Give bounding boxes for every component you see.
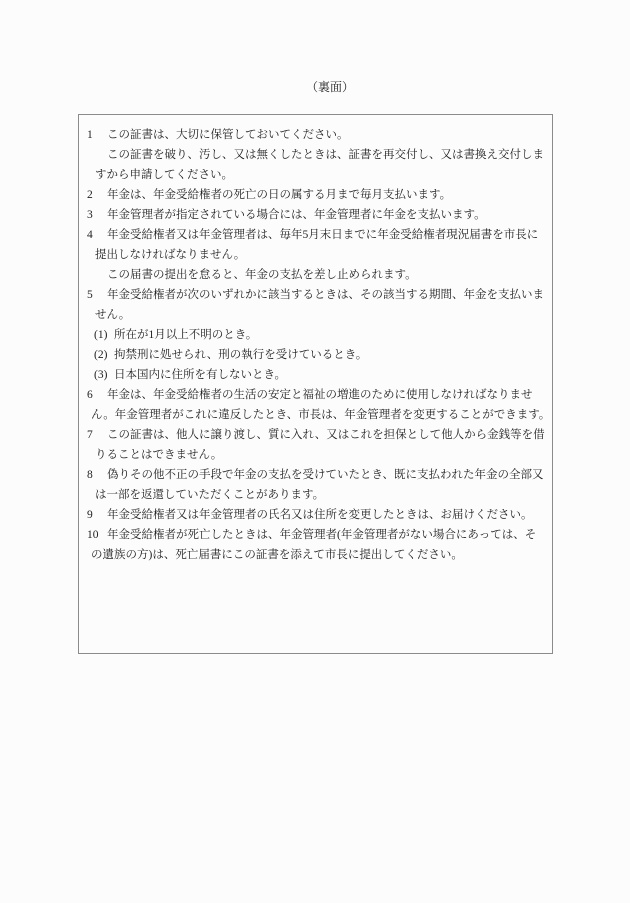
- notice-line: 5年金受給権者が次のいずれかに該当するときは、その該当する期間、年金を支払いま: [79, 285, 552, 305]
- notice-line-continuation: 提出しなければなりません。: [79, 245, 552, 265]
- notice-line: (2)拘禁刑に処せられ、刑の執行を受けているとき。: [79, 345, 552, 365]
- page-title: （裏面）: [306, 80, 354, 94]
- line-text: 所在が1月以上不明のとき。: [114, 329, 257, 341]
- line-text: この届書の提出を怠ると、年金の支払を差し止められます。: [107, 269, 417, 281]
- line-text: この証書は、大切に保管しておいてください。: [107, 129, 349, 141]
- notice-line-continuation: りることはできません。: [79, 445, 552, 465]
- line-text: 年金受給権者が死亡したときは、年金管理者(年金管理者がない場合にあっては、そ: [107, 529, 536, 541]
- item-number: 3: [87, 205, 107, 225]
- line-text: の遺族の方)は、死亡届書にこの証書を添えて市長に提出してください。: [91, 549, 463, 561]
- line-text: ん。年金管理者がこれに違反したとき、市長は、年金管理者を変更することができます。: [91, 409, 550, 421]
- notice-line-continuation: の遺族の方)は、死亡届書にこの証書を添えて市長に提出してください。: [79, 545, 552, 565]
- item-number: 2: [87, 185, 107, 205]
- line-text: この証書は、他人に譲り渡し、質に入れ、又はこれを担保として他人から金銭等を借: [107, 429, 545, 441]
- line-text: 提出しなければなりません。: [95, 249, 245, 261]
- notice-line: 3年金管理者が指定されている場合には、年金管理者に年金を支払います。: [79, 205, 552, 225]
- line-text: 年金管理者が指定されている場合には、年金管理者に年金を支払います。: [107, 209, 486, 221]
- line-text: 年金受給権者又は年金管理者の氏名又は住所を変更したときは、お届けください。: [107, 509, 533, 521]
- notice-line-continuation: この届書の提出を怠ると、年金の支払を差し止められます。: [79, 265, 552, 285]
- line-text: 偽りその他不正の手段で年金の支払を受けていたとき、既に支払われた年金の全部又: [107, 469, 544, 481]
- line-text: 年金受給権者又は年金管理者は、毎年5月末日までに年金受給権者現況届書を市長に: [107, 229, 538, 241]
- line-text: 年金は、年金受給権者の死亡の日の属する月まで毎月支払います。: [107, 189, 451, 201]
- notice-line: 6年金は、年金受給権者の生活の安定と福祉の増進のために使用しなければなりませ: [79, 385, 552, 405]
- item-number: 8: [87, 465, 107, 485]
- item-number: 7: [87, 425, 107, 445]
- line-text: せん。: [95, 309, 130, 321]
- notice-line: (1)所在が1月以上不明のとき。: [79, 325, 552, 345]
- item-number: (3): [94, 365, 114, 385]
- line-text: すから申請してください。: [95, 169, 233, 181]
- line-text: は一部を返還していただくことがあります。: [95, 489, 324, 501]
- item-number: 1: [87, 125, 107, 145]
- notice-line: 7この証書は、他人に譲り渡し、質に入れ、又はこれを担保として他人から金銭等を借: [79, 425, 552, 445]
- item-number: 5: [87, 285, 107, 305]
- document-page: （裏面） 1この証書は、大切に保管しておいてください。この証書を破り、汚し、又は…: [0, 0, 630, 903]
- notice-line-continuation: すから申請してください。: [79, 165, 552, 185]
- notice-line: 8偽りその他不正の手段で年金の支払を受けていたとき、既に支払われた年金の全部又: [79, 465, 552, 485]
- line-text: 年金受給権者が次のいずれかに該当するときは、その該当する期間、年金を支払いま: [107, 289, 544, 301]
- notice-line-continuation: せん。: [79, 305, 552, 325]
- line-text: りることはできません。: [95, 449, 222, 461]
- item-number: 6: [87, 385, 107, 405]
- item-number: (1): [94, 325, 114, 345]
- line-text: 日本国内に住所を有しないとき。: [114, 369, 286, 381]
- line-text: 年金は、年金受給権者の生活の安定と福祉の増進のために使用しなければなりませ: [107, 389, 533, 401]
- notice-line: (3)日本国内に住所を有しないとき。: [79, 365, 552, 385]
- notice-line: 2年金は、年金受給権者の死亡の日の属する月まで毎月支払います。: [79, 185, 552, 205]
- notice-line-continuation: は一部を返還していただくことがあります。: [79, 485, 552, 505]
- notice-lines: 1この証書は、大切に保管しておいてください。この証書を破り、汚し、又は無くしたと…: [79, 115, 552, 565]
- item-number: 9: [87, 505, 107, 525]
- notice-line: 1この証書は、大切に保管しておいてください。: [79, 125, 552, 145]
- line-text: この証書を破り、汚し、又は無くしたときは、証書を再交付し、又は書換え交付しま: [107, 149, 544, 161]
- notice-box: 1この証書は、大切に保管しておいてください。この証書を破り、汚し、又は無くしたと…: [78, 114, 553, 654]
- notice-line: 9年金受給権者又は年金管理者の氏名又は住所を変更したときは、お届けください。: [79, 505, 552, 525]
- item-number: 10: [87, 525, 107, 545]
- item-number: (2): [94, 345, 114, 365]
- item-number: 4: [87, 225, 107, 245]
- line-text: 拘禁刑に処せられ、刑の執行を受けているとき。: [114, 349, 367, 361]
- notice-line: 10年金受給権者が死亡したときは、年金管理者(年金管理者がない場合にあっては、そ: [79, 525, 552, 545]
- notice-line-continuation: この証書を破り、汚し、又は無くしたときは、証書を再交付し、又は書換え交付しま: [79, 145, 552, 165]
- notice-line: 4年金受給権者又は年金管理者は、毎年5月末日までに年金受給権者現況届書を市長に: [79, 225, 552, 245]
- notice-line-continuation: ん。年金管理者がこれに違反したとき、市長は、年金管理者を変更することができます。: [79, 405, 552, 425]
